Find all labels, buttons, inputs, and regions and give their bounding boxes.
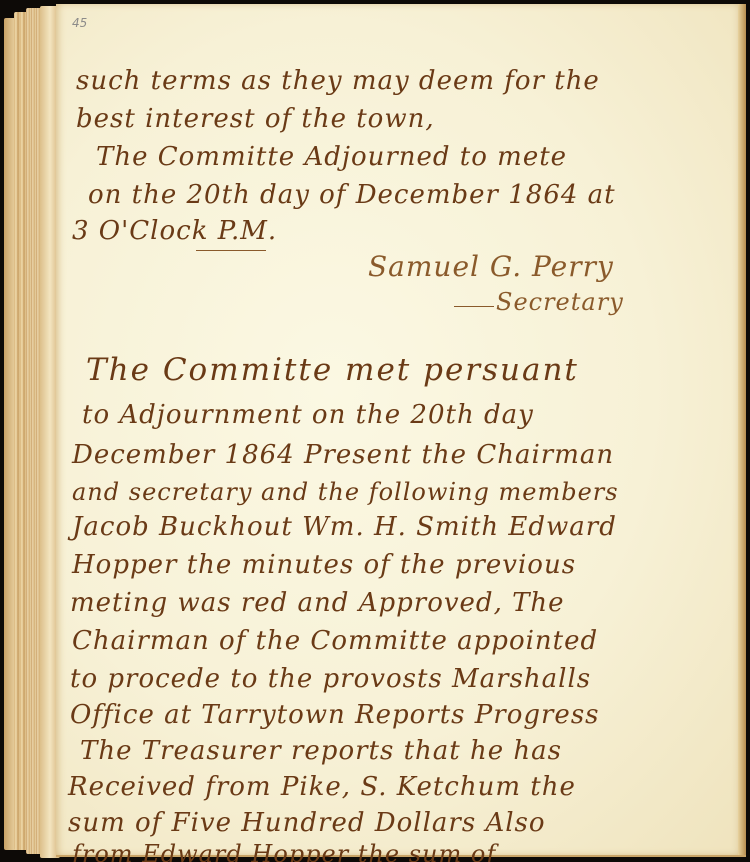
text-line: on the 20th day of December 1864 at bbox=[88, 180, 616, 210]
page-number: 45 bbox=[72, 16, 87, 30]
text-line: such terms as they may deem for the bbox=[76, 66, 600, 96]
underline-mark bbox=[196, 250, 266, 251]
text-line: Chairman of the Committe appointed bbox=[72, 626, 598, 656]
text-line: December 1864 Present the Chairman bbox=[72, 440, 614, 470]
text-line: sum of Five Hundred Dollars Also bbox=[68, 808, 546, 838]
signature-name: Samuel G. Perry bbox=[368, 250, 614, 283]
signature-title: Secretary bbox=[496, 288, 624, 316]
text-line: The Committe Adjourned to mete bbox=[96, 142, 567, 172]
text-line: Office at Tarrytown Reports Progress bbox=[70, 700, 600, 730]
text-line: Jacob Buckhout Wm. H. Smith Edward bbox=[72, 512, 617, 542]
text-line: and secretary and the following members bbox=[72, 478, 619, 506]
text-line: to procede to the provosts Marshalls bbox=[70, 664, 591, 694]
text-line: Received from Pike, S. Ketchum the bbox=[68, 772, 576, 802]
text-line: Hopper the minutes of the previous bbox=[72, 550, 576, 580]
text-line: meting was red and Approved, The bbox=[70, 588, 565, 618]
text-line: 3 O'Clock P.M. bbox=[72, 216, 277, 246]
manuscript-page: 45 such terms as they may deem for the b… bbox=[56, 4, 746, 857]
page-right-edge bbox=[738, 4, 746, 855]
text-line: The Committe met persuant bbox=[86, 352, 579, 388]
signature-flourish bbox=[454, 306, 494, 307]
text-line: to Adjournment on the 20th day bbox=[82, 400, 534, 430]
text-line: The Treasurer reports that he has bbox=[80, 736, 562, 766]
ledger-book: 45 such terms as they may deem for the b… bbox=[0, 0, 750, 862]
text-line: best interest of the town, bbox=[76, 104, 435, 134]
text-line: from Edward Hopper the sum of bbox=[72, 840, 496, 862]
